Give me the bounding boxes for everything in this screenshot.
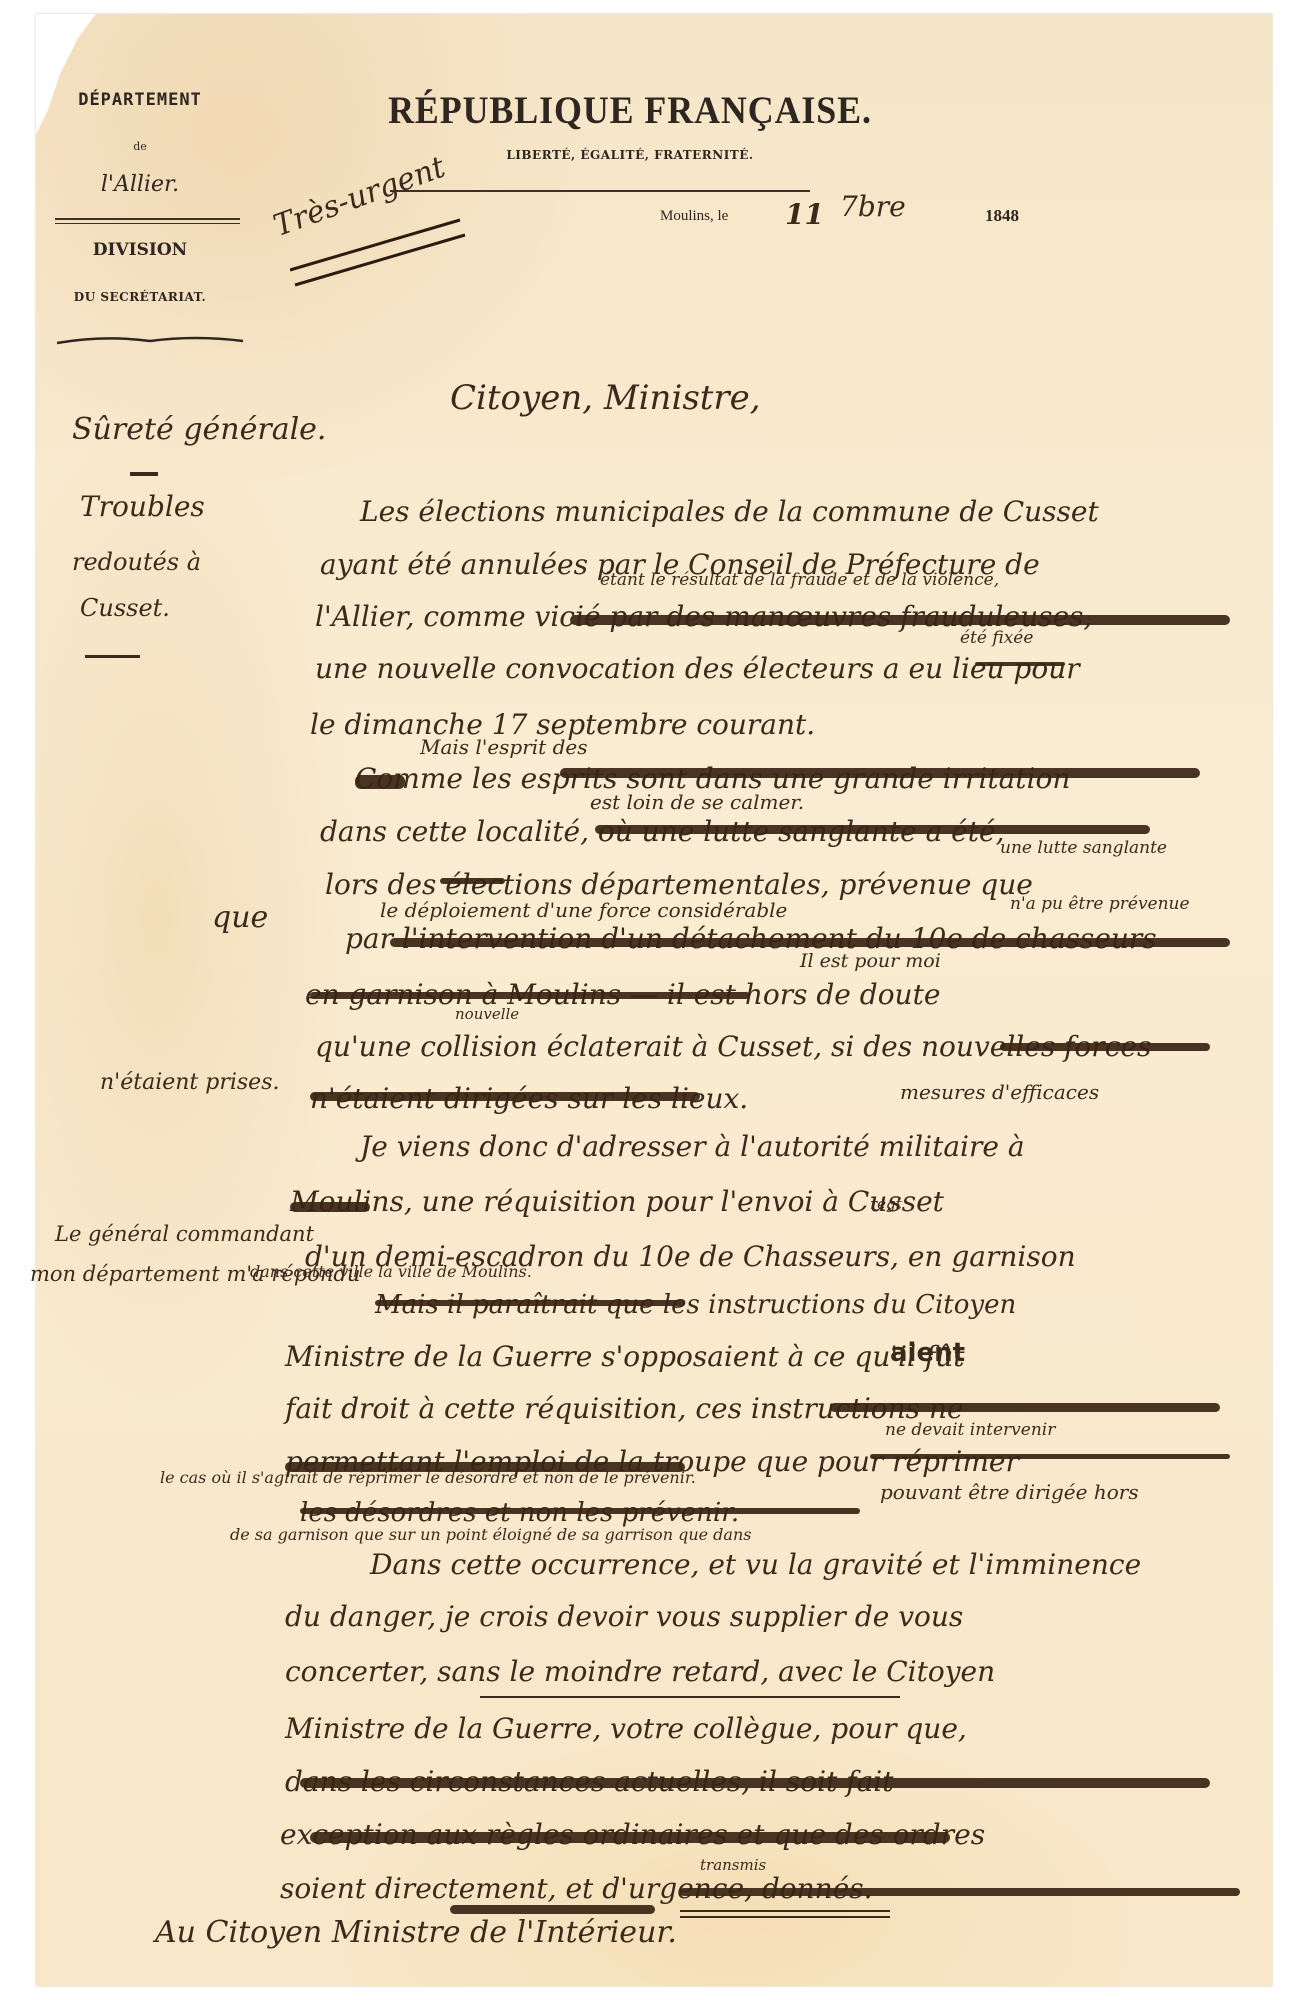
strike-through bbox=[310, 992, 750, 999]
margin-topic-1: Troubles bbox=[80, 490, 205, 523]
strike-through bbox=[975, 662, 1065, 666]
insertion-mesures: mesures d'efficaces bbox=[900, 1080, 1099, 1104]
margin-dash bbox=[130, 472, 158, 476]
letter-line: Dans cette occurrence, et vu la gravité … bbox=[370, 1548, 1141, 1581]
insertion-dans-ville: dans cette ville la ville de Moulins. bbox=[250, 1262, 532, 1281]
letter-line: lors des élections départementales, prév… bbox=[325, 868, 1033, 901]
strike-through bbox=[300, 1508, 860, 1514]
strike-through bbox=[310, 1092, 700, 1101]
strike-through bbox=[355, 775, 405, 789]
insertion-nouvelle: nouvelle bbox=[455, 1005, 519, 1023]
margin-note-que: que bbox=[212, 900, 268, 935]
strike-through bbox=[300, 1778, 1210, 1788]
insertion-ne-devait: ne devait intervenir bbox=[885, 1420, 1055, 1440]
division-subtitle: DU SECRÉTARIAT. bbox=[40, 290, 240, 304]
insertion-mais-esprit: Mais l'esprit des bbox=[420, 735, 587, 759]
double-underline bbox=[680, 1916, 890, 1918]
double-underline bbox=[680, 1910, 890, 1912]
closing-address: Au Citoyen Ministre de l'Intérieur. bbox=[155, 1915, 677, 1950]
insertion-deploiement: le déploiement d'une force considérable bbox=[380, 898, 787, 922]
strike-through bbox=[1000, 1043, 1210, 1051]
insertion-aient: aient bbox=[890, 1338, 965, 1368]
margin-topic-3: Cusset. bbox=[80, 594, 170, 622]
insertion-lutte: une lutte sanglante bbox=[1000, 838, 1167, 858]
letter-line: Je viens donc d'adresser à l'autorité mi… bbox=[360, 1130, 1025, 1163]
strike-through bbox=[450, 1905, 655, 1914]
letterhead-rule bbox=[55, 218, 240, 220]
margin-topic-2: redoutés à bbox=[72, 548, 201, 576]
strike-through bbox=[560, 768, 1200, 778]
department-de: de bbox=[40, 140, 240, 153]
insertion-pouvant: pouvant être dirigée hors bbox=[880, 1480, 1139, 1504]
letter-line: concerter, sans le moindre retard, avec … bbox=[285, 1655, 995, 1688]
department-label: DÉPARTEMENT bbox=[40, 90, 240, 110]
margin-dash-2 bbox=[85, 655, 140, 658]
letter-line: une nouvelle convocation des électeurs a… bbox=[315, 652, 1080, 685]
division-title: DIVISION bbox=[40, 240, 240, 260]
strike-through bbox=[310, 1832, 950, 1843]
letter-line: du danger, je crois devoir vous supplier… bbox=[285, 1600, 963, 1633]
motto-rule bbox=[390, 190, 810, 192]
date-place: Moulins, le bbox=[660, 208, 728, 225]
strike-through bbox=[830, 1403, 1220, 1412]
insertion-pu-prevenir: n'a pu être prévenue bbox=[1010, 894, 1190, 914]
emphasis-underline bbox=[480, 1696, 900, 1698]
letter-line: Ministre de la Guerre, votre collègue, p… bbox=[285, 1712, 967, 1745]
insertion-garnison: de sa garnison que sur un point éloigné … bbox=[230, 1525, 751, 1544]
letter-line: Moulins, une réquisition pour l'envoi à … bbox=[290, 1185, 944, 1218]
republic-title: RÉPUBLIQUE FRANÇAISE. bbox=[354, 88, 906, 133]
insertion-il-est: Il est pour moi bbox=[800, 950, 941, 972]
letter-line: Les élections municipales de la commune … bbox=[360, 495, 1099, 528]
letterhead-rule-thin bbox=[55, 223, 240, 224]
ornament-swash-icon bbox=[55, 333, 245, 347]
strike-through bbox=[285, 1462, 685, 1472]
margin-subject: Sûreté générale. bbox=[72, 412, 326, 447]
insertion-ete-fixee: été fixée bbox=[960, 628, 1033, 648]
strike-through bbox=[375, 1300, 685, 1306]
urgent-underline-icon bbox=[290, 200, 490, 290]
margin-note-general-1: Le général commandant bbox=[55, 1222, 314, 1246]
strike-through bbox=[290, 1202, 370, 1212]
date-day: 11 bbox=[785, 198, 824, 231]
department-name: l'Allier. bbox=[40, 172, 240, 197]
strike-through bbox=[680, 1888, 1240, 1896]
strike-through bbox=[595, 825, 1150, 834]
margin-note-etaient: n'étaient prises. bbox=[100, 1070, 279, 1095]
insertion-fraud: étant le résultat de la fraude et de la … bbox=[600, 570, 999, 590]
letter-line: Ministre de la Guerre s'opposaient à ce … bbox=[285, 1340, 965, 1373]
strike-through bbox=[440, 878, 505, 884]
strike-through bbox=[570, 615, 1230, 625]
strike-through bbox=[390, 938, 1230, 947]
date-month: 7bre bbox=[840, 190, 906, 223]
insertion-regt: régt bbox=[870, 1195, 902, 1213]
strike-through bbox=[870, 1454, 1230, 1459]
insertion-loin-calme: est loin de se calmer. bbox=[590, 790, 804, 814]
date-year: 1848 bbox=[985, 206, 1019, 226]
salutation: Citoyen, Ministre, bbox=[450, 378, 761, 418]
